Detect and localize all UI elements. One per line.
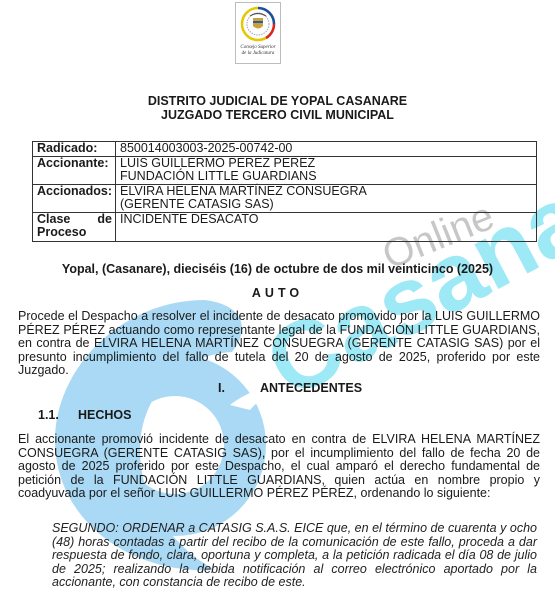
table-row: Clasede Proceso INCIDENTE DESACATO xyxy=(33,212,537,241)
district-heading: DISTRITO JUDICIAL DE YOPAL CASANARE xyxy=(0,94,555,108)
logo-caption: Consejo Superior de la Judicatura xyxy=(236,45,280,56)
case-info-table: Radicado: 850014003003-2025-00742-00 Acc… xyxy=(32,141,537,242)
label-accionados: Accionados: xyxy=(33,184,116,212)
section-number: I. xyxy=(218,381,225,395)
value-radicado: 850014003003-2025-00742-00 xyxy=(116,142,537,157)
subsection-number: 1.1. xyxy=(38,408,59,422)
value-clase-proceso: INCIDENTE DESACATO xyxy=(116,212,537,241)
table-row: Radicado: 850014003003-2025-00742-00 xyxy=(33,142,537,157)
section-title: ANTECEDENTES xyxy=(260,381,362,395)
court-heading: JUZGADO TERCERO CIVIL MUNICIPAL xyxy=(0,108,555,122)
label-accionante: Accionante: xyxy=(33,156,116,184)
quoted-order: SEGUNDO: ORDENAR a CATASIG S.A.S. EICE q… xyxy=(52,522,537,590)
coat-of-arms-icon xyxy=(236,3,280,45)
date-line: Yopal, (Casanare), dieciséis (16) de oct… xyxy=(0,262,555,276)
label-radicado: Radicado: xyxy=(33,142,116,157)
intro-paragraph: Procede el Despacho a resolver el incide… xyxy=(18,310,540,378)
value-accionante: LUIS GUILLERMO PEREZ PEREZ FUNDACIÓN LIT… xyxy=(116,156,537,184)
judicial-council-logo: Consejo Superior de la Judicatura xyxy=(235,2,281,64)
value-accionados: ELVIRA HELENA MARTÍNEZ CONSUEGRA (GERENT… xyxy=(116,184,537,212)
table-row: Accionados: ELVIRA HELENA MARTÍNEZ CONSU… xyxy=(33,184,537,212)
table-row: Accionante: LUIS GUILLERMO PEREZ PEREZ F… xyxy=(33,156,537,184)
label-clase-proceso: Clasede Proceso xyxy=(33,212,116,241)
facts-paragraph: El accionante promovió incidente de desa… xyxy=(18,433,540,501)
casanare-online-watermark: Casanare Online xyxy=(0,0,555,600)
subsection-title: HECHOS xyxy=(78,408,131,422)
auto-title: AUTO xyxy=(0,286,555,300)
